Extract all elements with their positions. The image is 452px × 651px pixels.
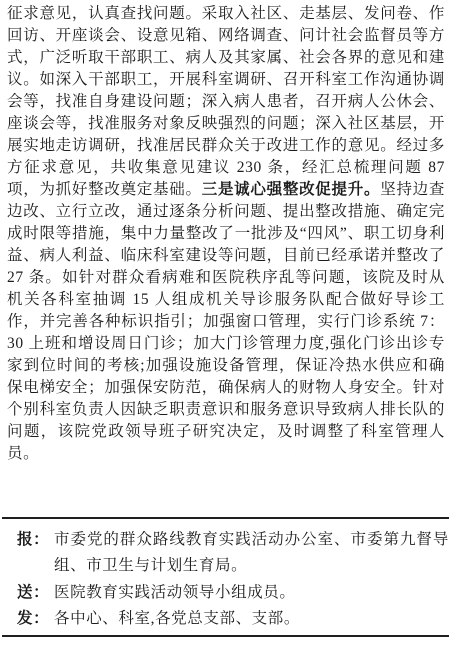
paragraph-text-before-heading: 征求意见，认真查找问题。采取入社区、走基层、发问卷、作回访、开座谈会、设意见箱、… [7,5,445,198]
distribution-block: 报： 市委党的群众路线教育实践活动办公室、市委第九督导组、市卫生与计划生育局。 … [2,517,449,637]
document-page: 征求意见，认真查找问题。采取入社区、走基层、发问卷、作回访、开座谈会、设意见箱、… [0,0,452,651]
entry-text-report: 市委党的群众路线教育实践活动办公室、市委第九督导组、市卫生与计划生育局。 [54,527,449,580]
distribution-entry-report: 报： 市委党的群众路线教育实践活动办公室、市委第九督导组、市卫生与计划生育局。 [17,527,449,580]
body-paragraph: 征求意见，认真查找问题。采取入社区、走基层、发问卷、作回访、开座谈会、设意见箱、… [7,3,445,465]
inline-bold-heading: 三是诚心强整改促提升。 [202,181,381,198]
distribution-entry-send: 送： 医院教育实践活动领导小组成员。 [17,580,449,606]
entry-label-issue: 发： [17,606,54,632]
distribution-entries: 报： 市委党的群众路线教育实践活动办公室、市委第九督导组、市卫生与计划生育局。 … [2,519,449,635]
horizontal-rule-bottom [2,635,449,637]
entry-text-issue: 各中心、科室,各党总支部、支部。 [54,606,449,632]
distribution-entry-issue: 发： 各中心、科室,各党总支部、支部。 [17,606,449,632]
entry-label-report: 报： [17,527,54,580]
paragraph-text-after-heading: 坚持边查边改、立行立改，通过逐条分析问题、提出整改措施、确定完成时限等措施，集中… [7,181,445,462]
entry-text-send: 医院教育实践活动领导小组成员。 [54,580,449,606]
entry-label-send: 送： [17,580,54,606]
